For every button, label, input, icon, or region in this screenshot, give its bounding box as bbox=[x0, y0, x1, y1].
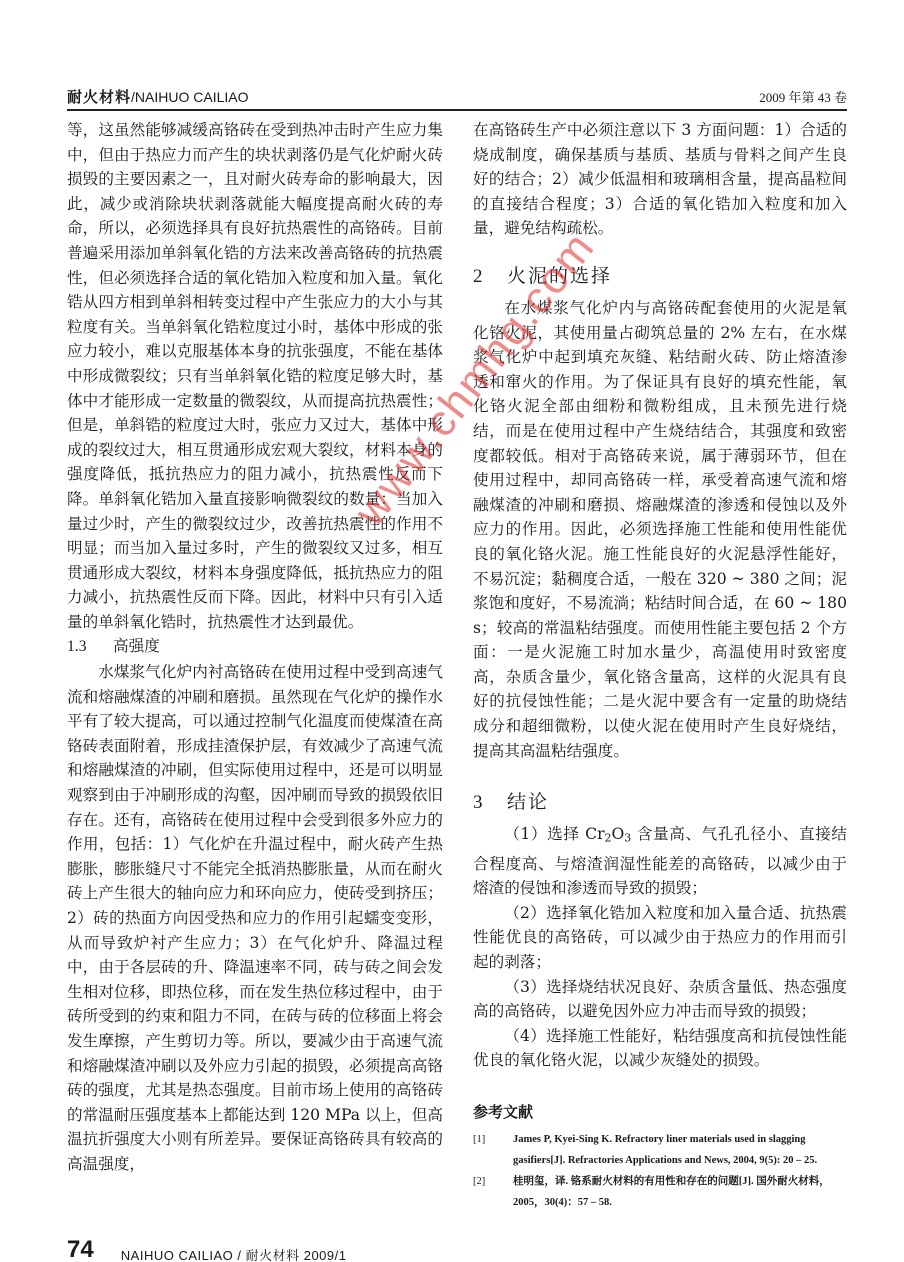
conclusion-item-1: （1）选择 Cr2O3 含量高、气孔孔径小、直接结合程度高、与熔渣润湿性能差的高… bbox=[473, 822, 847, 901]
reference-text: 桂明玺，译. 铬系耐火材料的有用性和存在的问题[J]. 国外耐火材料，2005，… bbox=[513, 1176, 830, 1208]
references-heading: 参考文献 bbox=[473, 1101, 847, 1123]
volume-label: 2009 年第 43 卷 bbox=[759, 87, 847, 106]
subscript: 2 bbox=[605, 832, 612, 845]
journal-title: 耐火材料/NAIHUO CAILIAO bbox=[67, 86, 248, 107]
section-number: 1.3 bbox=[67, 635, 113, 660]
journal-title-cn: 耐火材料 bbox=[67, 88, 131, 106]
paragraph: 在高铬砖生产中必须注意以下 3 方面问题：1）合适的烧成制度，确保基质与基质、基… bbox=[473, 118, 847, 241]
paragraph: 等，这虽然能够减缓高铬砖在受到热冲击时产生应力集中，但由于热应力而产生的块状剥落… bbox=[67, 118, 443, 634]
reference-number: [1] bbox=[473, 1129, 485, 1150]
conclusion-item-4: （4）选择施工性能好，粘结强度高和抗侵蚀性能优良的氧化铬火泥，以减少灰缝处的损毁… bbox=[473, 1024, 847, 1073]
footer-journal: NAIHUO CAILIAO / 耐火材料 2009/1 bbox=[121, 1248, 347, 1262]
header-rule bbox=[67, 109, 847, 111]
reference-item: [1] James P, Kyei-Sing K. Refractory lin… bbox=[473, 1129, 847, 1171]
paragraph: 水煤浆气化炉内衬高铬砖在使用过程中受到高速气流和熔融煤渣的冲刷和磨损。虽然现在气… bbox=[67, 660, 443, 1176]
running-header: 耐火材料/NAIHUO CAILIAO 2009 年第 43 卷 bbox=[67, 84, 847, 108]
paragraph: 在水煤浆气化炉内与高铬砖配套使用的火泥是氧化铬火泥，其使用量占砌筑总量的 2% … bbox=[473, 296, 847, 763]
conclusion-item-3: （3）选择烧结状况良好、杂质含量低、热态强度高的高铬砖，以避免因外应力冲击而导致… bbox=[473, 975, 847, 1024]
section-heading-2: 2火泥的选择 bbox=[473, 263, 847, 290]
right-column: 在高铬砖生产中必须注意以下 3 方面问题：1）合适的烧成制度，确保基质与基质、基… bbox=[473, 118, 847, 1213]
section-heading-3: 3结论 bbox=[473, 789, 847, 816]
section-heading-1-3: 1.3高强度 bbox=[67, 634, 443, 660]
section-number: 2 bbox=[473, 264, 507, 290]
text: （1）选择 Cr bbox=[504, 825, 604, 843]
section-number: 3 bbox=[473, 790, 507, 816]
section-title: 结论 bbox=[507, 791, 549, 813]
conclusion-item-2: （2）选择氧化锆加入粒度和加入量合适、抗热震性能优良的高铬砖，可以减少由于热应力… bbox=[473, 901, 847, 975]
left-column: 等，这虽然能够减缓高铬砖在受到热冲击时产生应力集中，但由于热应力而产生的块状剥落… bbox=[67, 118, 443, 1177]
text: O bbox=[612, 825, 625, 843]
reference-item: [2] 桂明玺，译. 铬系耐火材料的有用性和存在的问题[J]. 国外耐火材料，2… bbox=[473, 1171, 847, 1213]
section-title: 高强度 bbox=[113, 637, 160, 655]
reference-number: [2] bbox=[473, 1171, 485, 1192]
page-number: 74 bbox=[67, 1236, 94, 1262]
section-title: 火泥的选择 bbox=[507, 265, 612, 287]
reference-text: James P, Kyei-Sing K. Refractory liner m… bbox=[513, 1134, 817, 1166]
journal-title-latin: /NAIHUO CAILIAO bbox=[131, 89, 248, 105]
running-footer: 74 NAIHUO CAILIAO / 耐火材料 2009/1 bbox=[67, 1236, 346, 1262]
